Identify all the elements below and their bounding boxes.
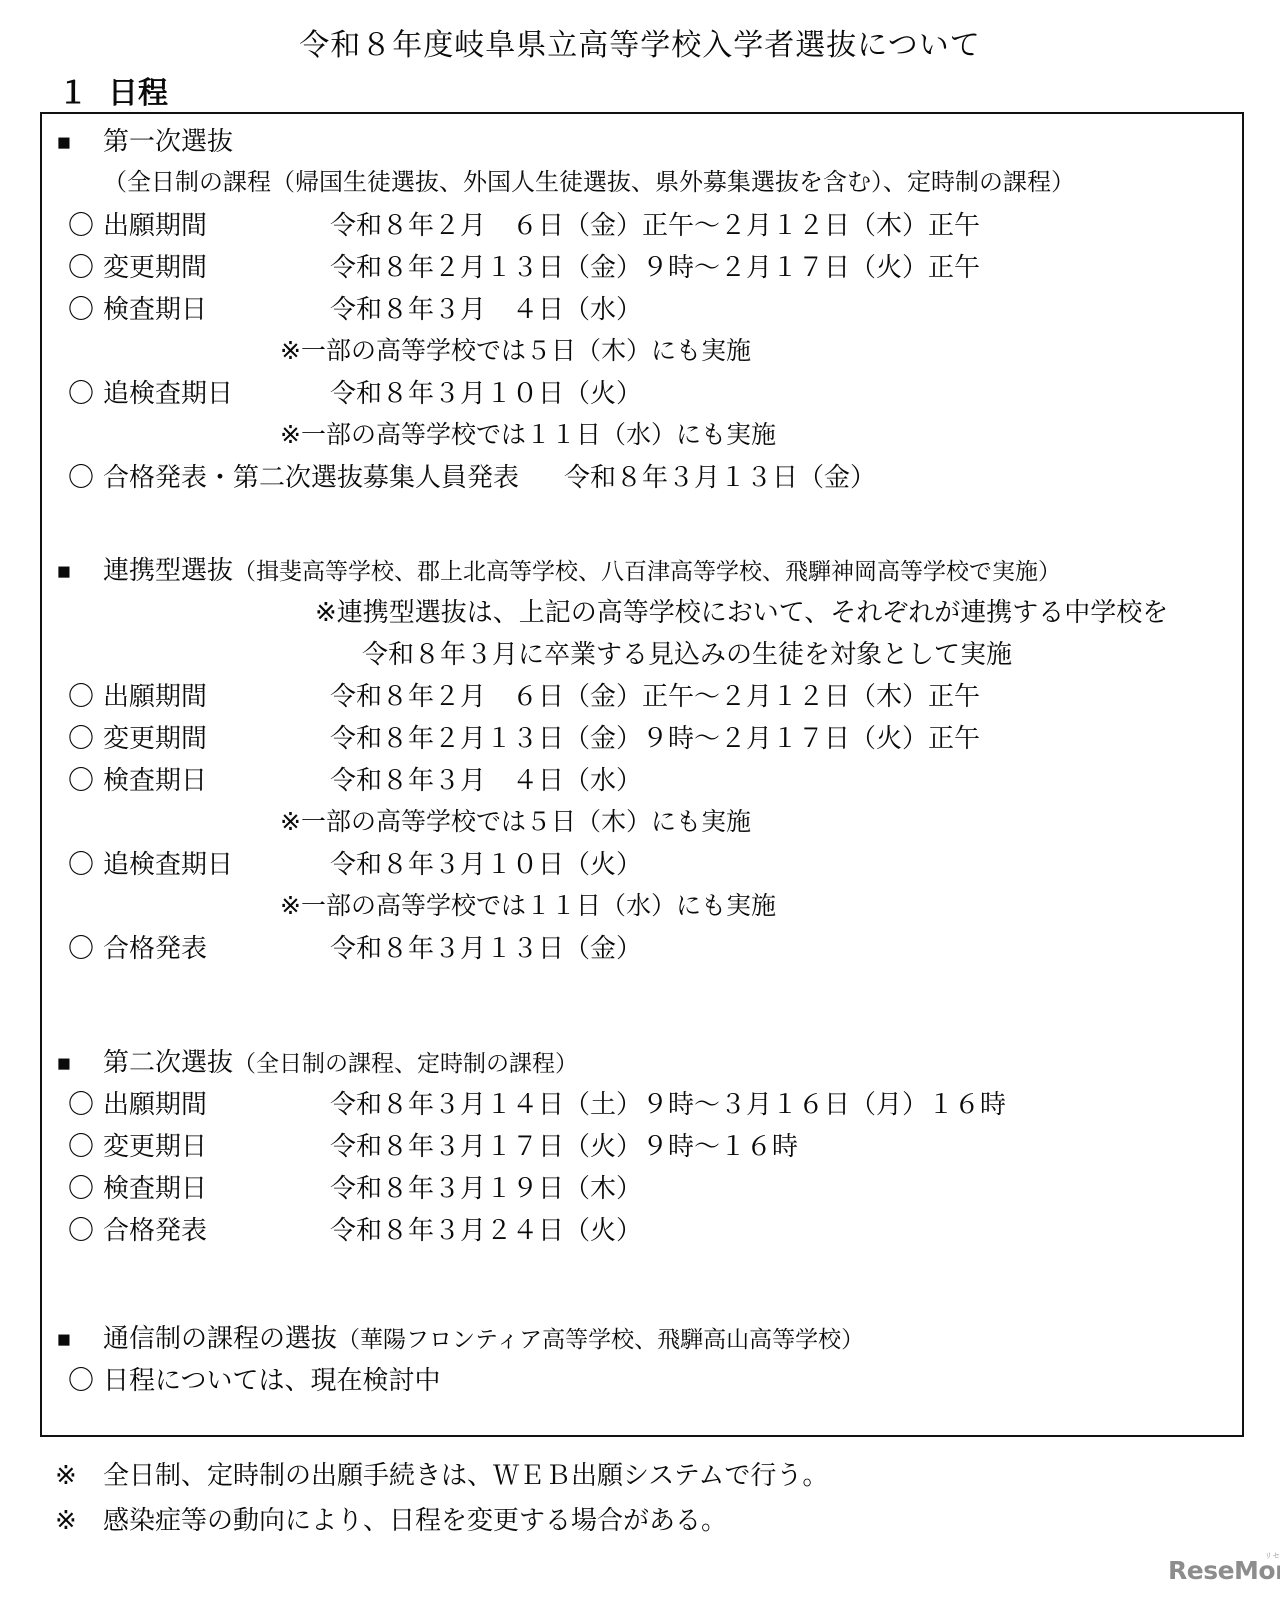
footnote: ※ 感染症等の動向により、日程を変更する場合がある。 [55,1499,727,1541]
row-value: 令和８年３月１３日（金） [564,456,876,498]
row-label: 変更期間 [103,717,304,759]
row-value: 令和８年２月 ６日（金）正午～２月１２日（木）正午 [330,204,980,246]
footnote-text: 感染症等の動向により、日程を変更する場合がある。 [103,1499,727,1541]
row-label: 変更期間 [103,246,304,288]
row-label: 変更期日 [103,1125,304,1167]
row-label: 日程については、現在検討中 [103,1359,440,1401]
section-correspondence-selection: ■ 通信制の課程の選抜 （華陽フロンティア高等学校、飛騨高山高等学校） 〇 日程… [42,1317,1242,1401]
schedule-row: 〇 日程については、現在検討中 [42,1359,1242,1401]
schedule-row: 〇 合格発表・第二次選抜募集人員発表 令和８年３月１３日（金） [42,456,1242,498]
row-note: ※一部の高等学校では５日（木）にも実施 [42,801,1242,843]
section-title-paren: （全日制の課程、定時制の課程） [233,1042,578,1084]
row-value: 令和８年３月１７日（火）９時～１６時 [330,1125,798,1167]
circle-bullet-icon: 〇 [68,927,103,969]
section-number: １ [58,68,108,112]
schedule-row: 〇 合格発表 令和８年３月２４日（火） [42,1209,1242,1251]
row-label: 検査期日 [103,1167,304,1209]
schedule-row: 〇 検査期日 令和８年３月 ４日（水） [42,288,1242,330]
row-note: ※一部の高等学校では１１日（水）にも実施 [42,885,1242,927]
circle-bullet-icon: 〇 [68,1083,103,1125]
circle-bullet-icon: 〇 [68,675,103,717]
schedule-row: 〇 追検査期日 令和８年３月１０日（火） [42,372,1242,414]
circle-bullet-icon: 〇 [68,759,103,801]
circle-bullet-icon: 〇 [68,456,103,498]
section-intro-note: ※連携型選抜は、上記の高等学校において、それぞれが連携する中学校を [42,591,1242,633]
circle-bullet-icon: 〇 [68,288,103,330]
schedule-row: 〇 変更期間 令和８年２月１３日（金）９時～２月１７日（火）正午 [42,717,1242,759]
row-value: 令和８年３月 ４日（水） [330,759,642,801]
row-label: 合格発表 [103,1209,304,1251]
section-second-selection: ■ 第二次選抜 （全日制の課程、定時制の課程） 〇 出願期間 令和８年３月１４日… [42,1041,1242,1251]
schedule-box: ■ 第一次選抜 （全日制の課程（帰国生徒選抜、外国人生徒選抜、県外募集選抜を含む… [40,112,1244,1437]
row-label: 合格発表 [103,927,304,969]
row-label: 出願期間 [103,1083,304,1125]
section-title: 第二次選抜 [103,1041,233,1083]
circle-bullet-icon: 〇 [68,204,103,246]
note-asterisk-icon: ※ [55,1454,103,1496]
circle-bullet-icon: 〇 [68,843,103,885]
section-1-heading: １ 日程 [58,68,168,112]
row-note: ※一部の高等学校では５日（木）にも実施 [42,330,1242,372]
circle-bullet-icon: 〇 [68,1209,103,1251]
schedule-row: 〇 追検査期日 令和８年３月１０日（火） [42,843,1242,885]
footnote-text: 全日制、定時制の出願手続きは、ＷＥＢ出願システムで行う。 [103,1454,828,1496]
section-heading-row: ■ 連携型選抜 （揖斐高等学校、郡上北高等学校、八百津高等学校、飛騨神岡高等学校… [42,549,1242,591]
row-label: 出願期間 [103,204,304,246]
row-value: 令和８年２月１３日（金）９時～２月１７日（火）正午 [330,246,980,288]
resemom-logo-kana: リセマム [1265,1551,1280,1561]
row-value: 令和８年３月１０日（火） [330,843,642,885]
circle-bullet-icon: 〇 [68,1167,103,1209]
row-note: ※一部の高等学校では１１日（水）にも実施 [42,414,1242,456]
circle-bullet-icon: 〇 [68,1125,103,1167]
square-bullet-icon: ■ [57,550,103,592]
section-title: 通信制の課程の選抜 [103,1317,337,1359]
row-label: 検査期日 [103,759,304,801]
circle-bullet-icon: 〇 [68,246,103,288]
schedule-row: 〇 合格発表 令和８年３月１３日（金） [42,927,1242,969]
section-title: 第一次選抜 [103,120,233,162]
row-label: 検査期日 [103,288,304,330]
row-value: 令和８年３月１３日（金） [330,927,642,969]
section-label: 日程 [108,68,168,112]
resemom-logo: リセマム ReseMom. [1168,1556,1280,1585]
schedule-row: 〇 出願期間 令和８年３月１４日（土）９時～３月１６日（月）１６時 [42,1083,1242,1125]
schedule-row: 〇 検査期日 令和８年３月１９日（木） [42,1167,1242,1209]
square-bullet-icon: ■ [57,121,103,163]
note-asterisk-icon: ※ [55,1499,103,1541]
resemom-logo-text: ReseMom. [1168,1556,1280,1585]
row-value: 令和８年３月１９日（木） [330,1167,642,1209]
circle-bullet-icon: 〇 [68,372,103,414]
schedule-row: 〇 変更期間 令和８年２月１３日（金）９時～２月１７日（火）正午 [42,246,1242,288]
section-heading-row: ■ 第一次選抜 [42,120,1242,162]
section-title: 連携型選抜 [103,549,233,591]
row-label: 出願期間 [103,675,304,717]
square-bullet-icon: ■ [57,1042,103,1084]
row-label: 合格発表・第二次選抜募集人員発表 [103,456,519,498]
section-first-selection: ■ 第一次選抜 （全日制の課程（帰国生徒選抜、外国人生徒選抜、県外募集選抜を含む… [42,120,1242,498]
schedule-row: 〇 出願期間 令和８年２月 ６日（金）正午～２月１２日（木）正午 [42,204,1242,246]
circle-bullet-icon: 〇 [68,717,103,759]
section-heading-row: ■ 通信制の課程の選抜 （華陽フロンティア高等学校、飛騨高山高等学校） [42,1317,1242,1359]
row-value: 令和８年３月 ４日（水） [330,288,642,330]
row-value: 令和８年３月２４日（火） [330,1209,642,1251]
section-subheading: （全日制の課程（帰国生徒選抜、外国人生徒選抜、県外募集選抜を含む）、定時制の課程… [42,162,1242,204]
schedule-row: 〇 出願期間 令和８年２月 ６日（金）正午～２月１２日（木）正午 [42,675,1242,717]
row-label: 追検査期日 [103,372,304,414]
section-heading-row: ■ 第二次選抜 （全日制の課程、定時制の課程） [42,1041,1242,1083]
row-value: 令和８年３月１０日（火） [330,372,642,414]
row-value: 令和８年２月 ６日（金）正午～２月１２日（木）正午 [330,675,980,717]
row-label: 追検査期日 [103,843,304,885]
section-title-paren: （華陽フロンティア高等学校、飛騨高山高等学校） [337,1318,864,1360]
schedule-row: 〇 検査期日 令和８年３月 ４日（水） [42,759,1242,801]
section-renkei-selection: ■ 連携型選抜 （揖斐高等学校、郡上北高等学校、八百津高等学校、飛騨神岡高等学校… [42,549,1242,969]
schedule-row: 〇 変更期日 令和８年３月１７日（火）９時～１６時 [42,1125,1242,1167]
section-title-paren: （揖斐高等学校、郡上北高等学校、八百津高等学校、飛騨神岡高等学校で実施） [233,550,1061,592]
document-page: 令和８年度岐阜県立高等学校入学者選抜について １ 日程 ■ 第一次選抜 （全日制… [0,0,1280,1598]
section-intro-note: 令和８年３月に卒業する見込みの生徒を対象として実施 [42,633,1242,675]
document-title: 令和８年度岐阜県立高等学校入学者選抜について [0,20,1280,64]
row-value: 令和８年３月１４日（土）９時～３月１６日（月）１６時 [330,1083,1006,1125]
row-value: 令和８年２月１３日（金）９時～２月１７日（火）正午 [330,717,980,759]
square-bullet-icon: ■ [57,1318,103,1360]
circle-bullet-icon: 〇 [68,1359,103,1401]
footnote: ※ 全日制、定時制の出願手続きは、ＷＥＢ出願システムで行う。 [55,1454,828,1496]
